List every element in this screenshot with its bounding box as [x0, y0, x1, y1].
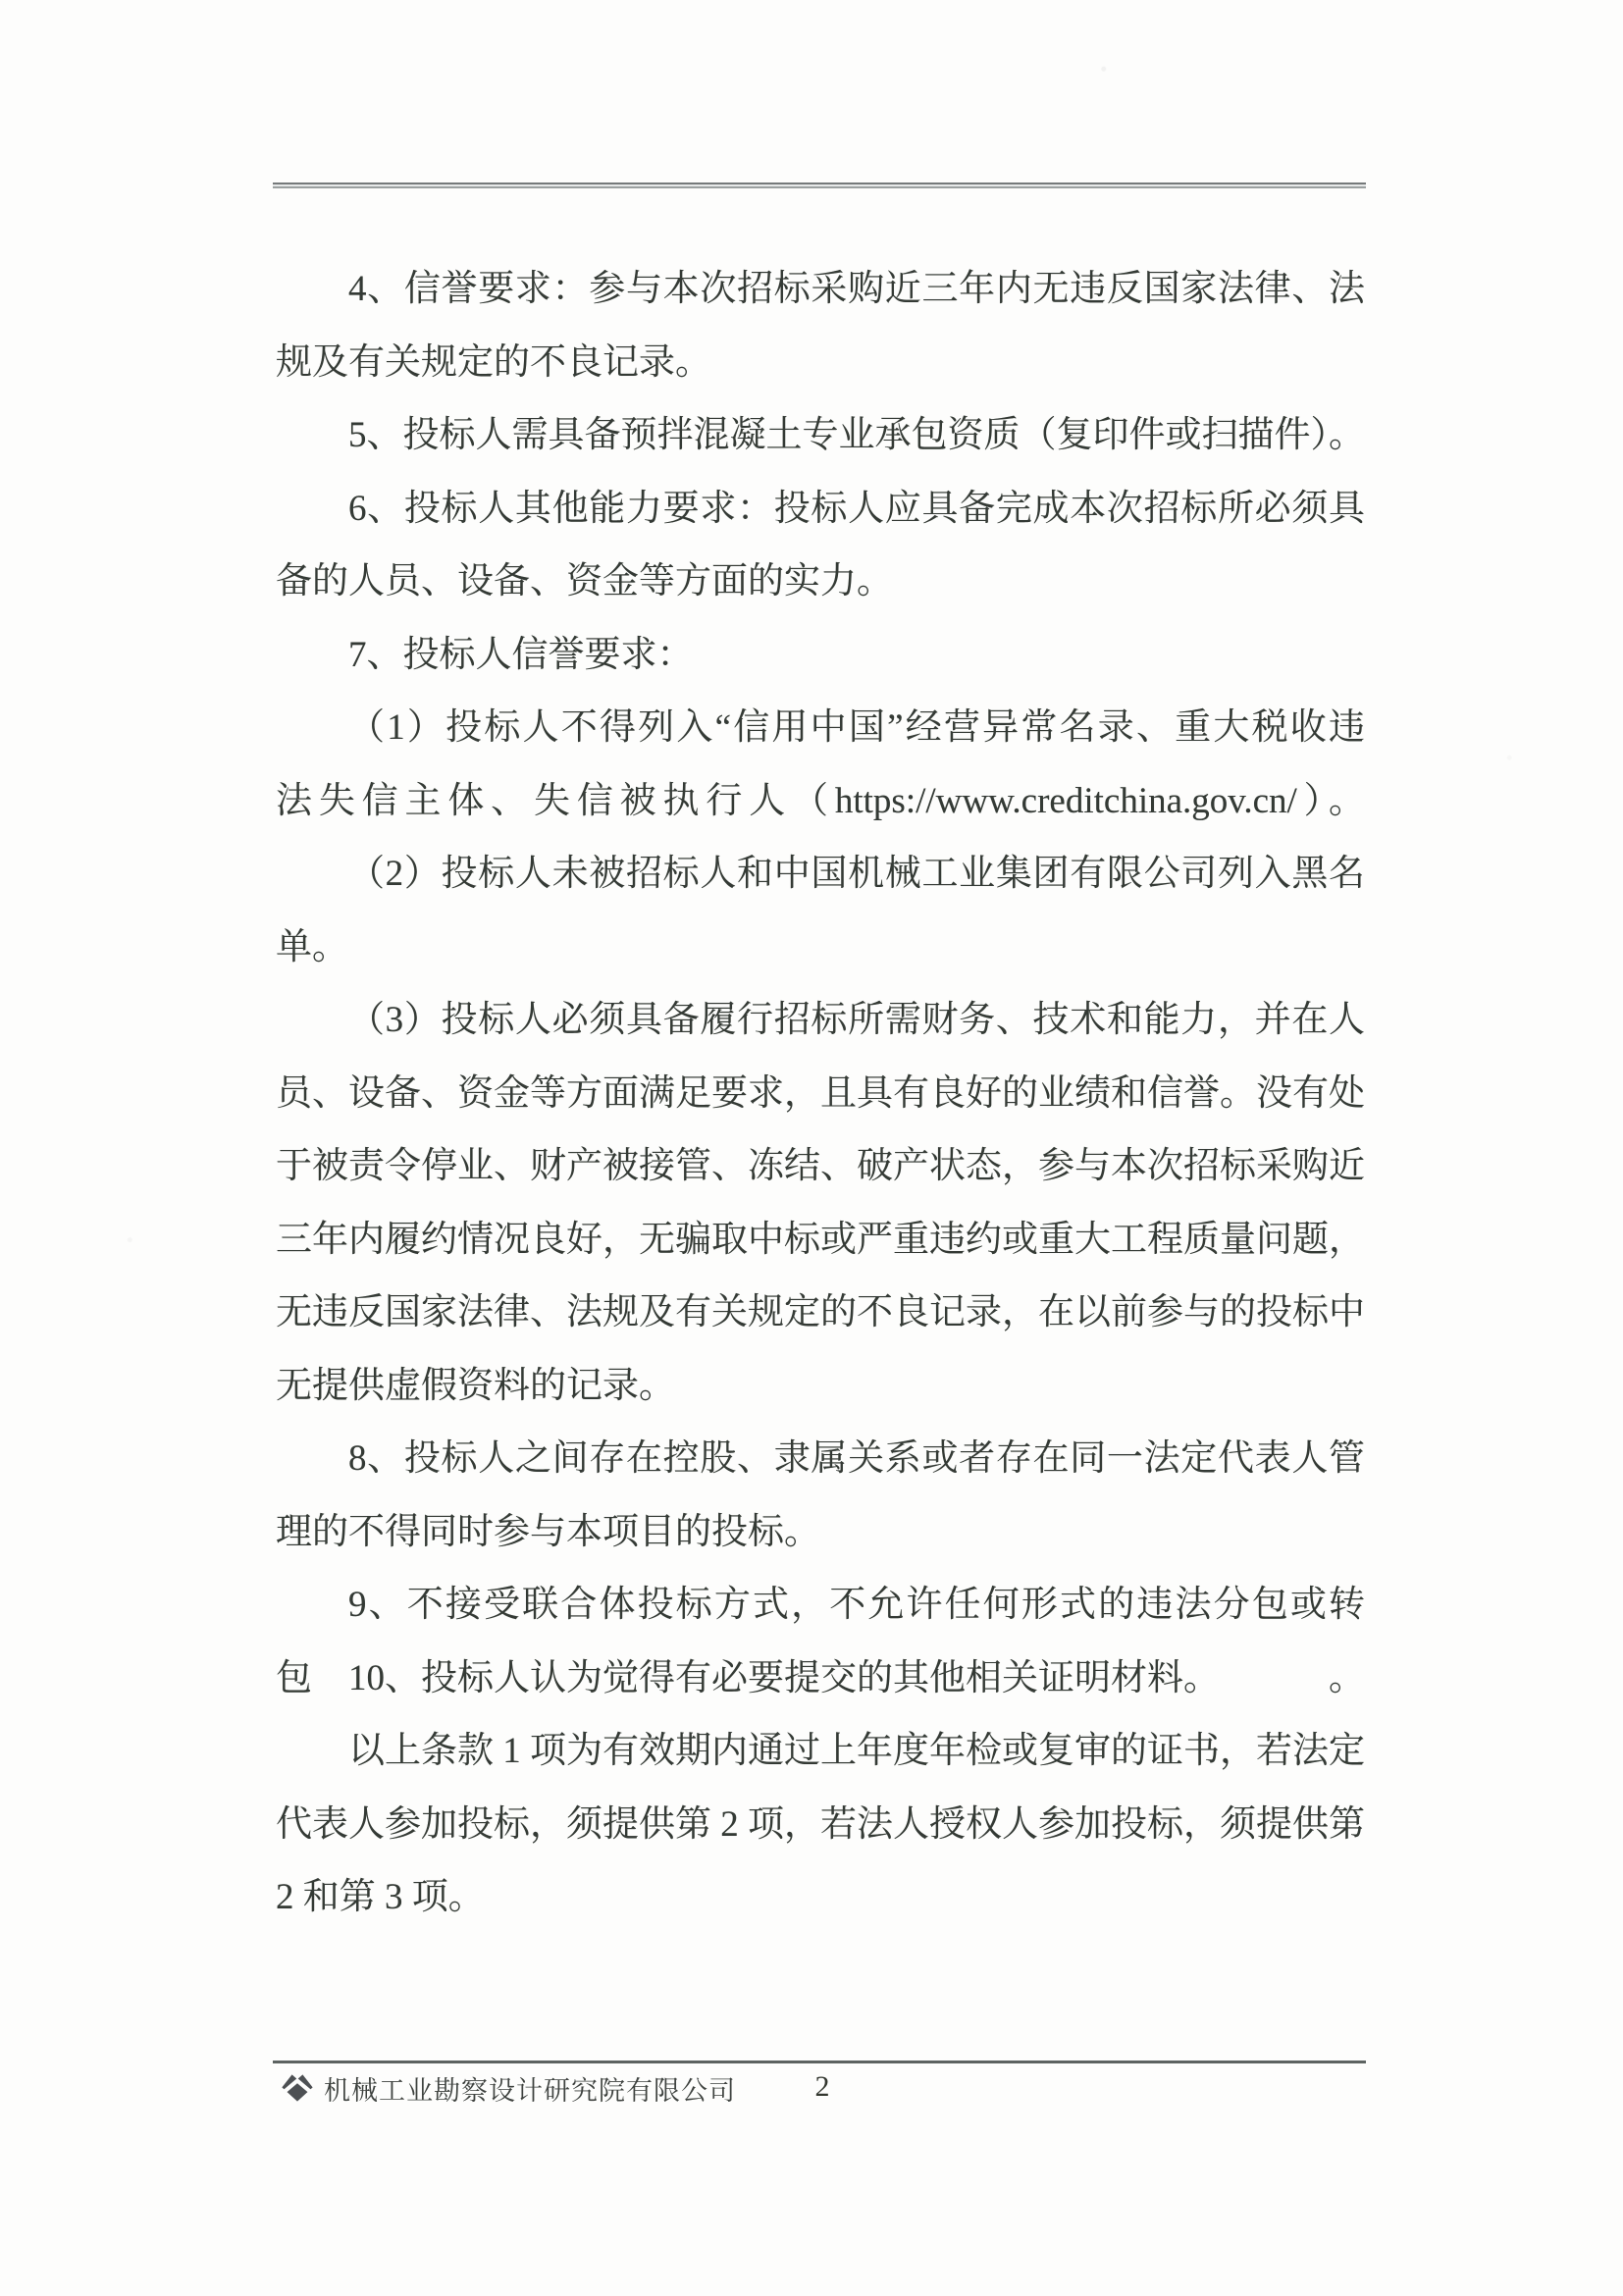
- footer: 机械工业勘察设计研究院有限公司: [281, 2068, 736, 2108]
- text-line: 无提供虚假资料的记录。: [276, 1350, 1365, 1424]
- footer-rule: [273, 2061, 1366, 2063]
- text-line: 2 和第 3 项。: [276, 1861, 1365, 1935]
- footer-company-name: 机械工业勘察设计研究院有限公司: [324, 2069, 736, 2108]
- text-line: （3）投标人必须具备履行招标所需财务、技术和能力，并在人: [276, 984, 1365, 1058]
- text-line: 法失信主体、失信被执行人（https://www.creditchina.gov…: [276, 765, 1365, 839]
- text-line: 6、投标人其他能力要求：投标人应具备完成本次招标所必须具: [276, 473, 1365, 547]
- text-line: 4、信誉要求：参与本次招标采购近三年内无违反国家法律、法: [276, 253, 1365, 327]
- mountain-logo-icon: [281, 2073, 314, 2103]
- text-line: 10、投标人认为觉得有必要提交的其他相关证明材料。: [276, 1643, 1365, 1716]
- text-line: （1）投标人不得列入“信用中国”经营异常名录、重大税收违: [276, 692, 1365, 765]
- text-line: 7、投标人信誉要求：: [276, 619, 1365, 693]
- text-line: 三年内履约情况良好，无骗取中标或严重违约或重大工程质量问题，: [276, 1204, 1365, 1278]
- text-line: 以上条款 1 项为有效期内通过上年度年检或复审的证书，若法定: [276, 1715, 1365, 1789]
- text-line: 8、投标人之间存在控股、隶属关系或者存在同一法定代表人管: [276, 1423, 1365, 1496]
- text-line: 员、设备、资金等方面满足要求，且具有良好的业绩和信誉。没有处: [276, 1058, 1365, 1131]
- text-line: 无违反国家法律、法规及有关规定的不良记录，在以前参与的投标中: [276, 1277, 1365, 1350]
- document-body: 4、信誉要求：参与本次招标采购近三年内无违反国家法律、法规及有关规定的不良记录。…: [276, 253, 1365, 1935]
- text-line: （2）投标人未被招标人和中国机械工业集团有限公司列入黑名: [276, 838, 1365, 912]
- text-line: 单。: [276, 912, 1365, 985]
- text-line: 备的人员、设备、资金等方面的实力。: [276, 546, 1365, 619]
- header-rule: [273, 183, 1366, 188]
- text-line: 规及有关规定的不良记录。: [276, 327, 1365, 400]
- scanned-document-page: 4、信誉要求：参与本次招标采购近三年内无违反国家法律、法规及有关规定的不良记录。…: [0, 0, 1623, 2296]
- text-line: 9、不接受联合体投标方式，不允许任何形式的违法分包或转包。: [276, 1569, 1365, 1643]
- text-line: 代表人参加投标，须提供第 2 项，若法人授权人参加投标，须提供第: [276, 1789, 1365, 1862]
- text-line: 5、投标人需具备预拌混凝土专业承包资质（复印件或扫描件）。: [276, 399, 1365, 473]
- text-line: 理的不得同时参与本项目的投标。: [276, 1496, 1365, 1570]
- text-line: 于被责令停业、财产被接管、冻结、破产状态，参与本次招标采购近: [276, 1130, 1365, 1204]
- page-number: 2: [793, 2070, 852, 2104]
